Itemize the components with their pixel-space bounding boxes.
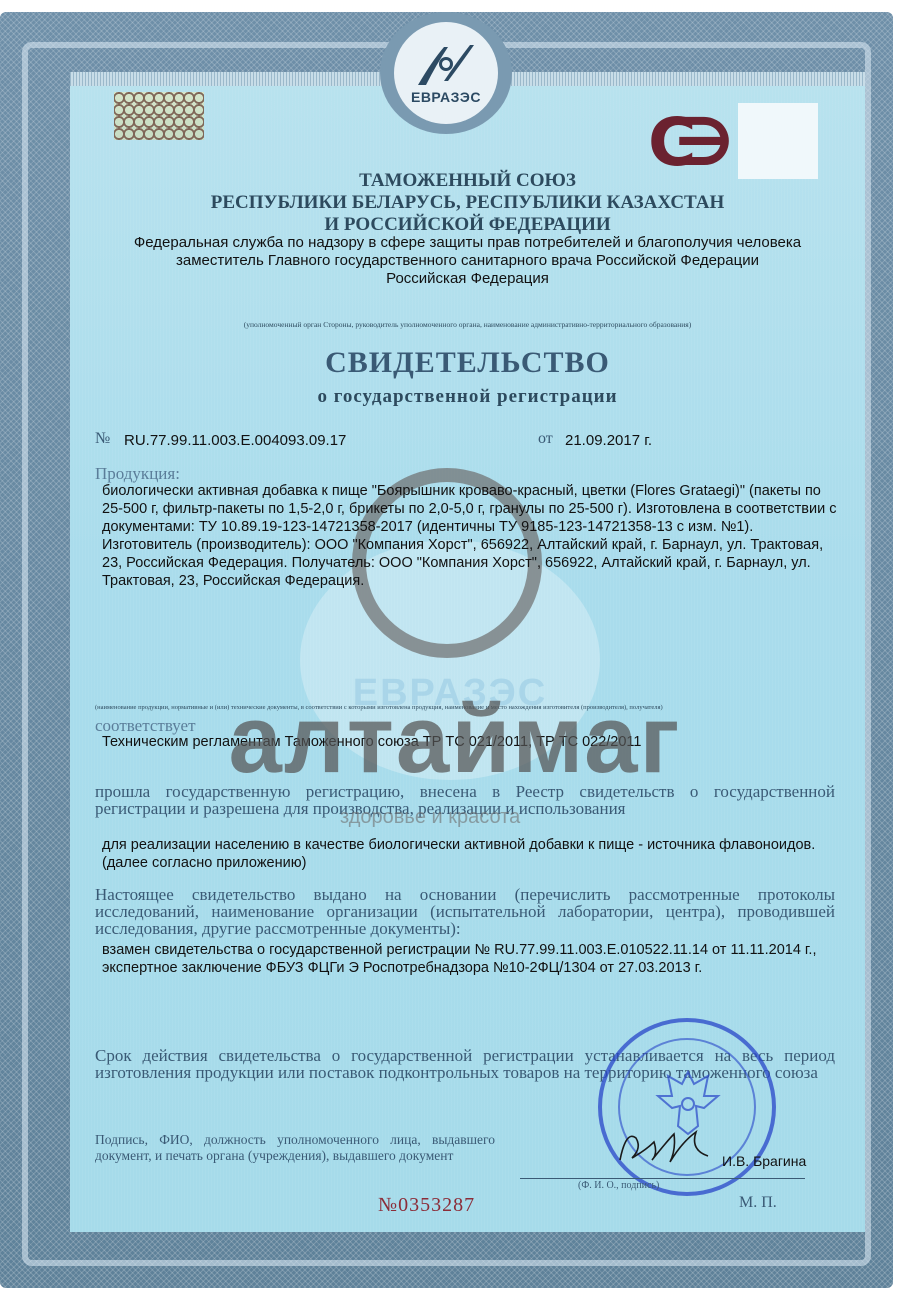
watermark-altaimag: алтаймаг (195, 692, 715, 788)
signature-caption: (Ф. И. О., подпись) (578, 1180, 659, 1191)
registration-usage: для реализации населению в качестве биол… (102, 836, 842, 872)
hologram-sticker (114, 92, 204, 140)
se-conformity-mark-icon: С∋ (648, 110, 712, 176)
union-line: ТАМОЖЕННЫЙ СОЮЗ (70, 170, 865, 192)
document-subtitle: о государственной регистрации (70, 386, 865, 408)
document-title: СВИДЕТЕЛЬСТВО (70, 346, 865, 380)
union-line: РЕСПУБЛИКИ БЕЛАРУСЬ, РЕСПУБЛИКИ КАЗАХСТА… (70, 192, 865, 214)
seal-label: М. П. (739, 1194, 777, 1212)
evrazes-logo-icon (414, 41, 478, 87)
evrazes-emblem: ЕВРАЗЭС (380, 12, 512, 134)
se-blank-box (738, 103, 818, 179)
serial-number: №0353287 (378, 1194, 475, 1217)
basis-text: взамен свидетельства о государственной р… (102, 941, 842, 977)
signature-label: Подпись, ФИО, должность уполномоченного … (95, 1132, 495, 1164)
agency-line: заместитель Главного государственного са… (70, 252, 865, 270)
number-label: № (95, 430, 110, 448)
product-description: биологически активная добавка к пище "Бо… (102, 482, 842, 590)
signature-icon (612, 1120, 722, 1170)
product-heading: Продукция: (95, 464, 180, 484)
agency-line: Федеральная служба по надзору в сфере за… (70, 234, 865, 252)
date-label: от (538, 430, 553, 448)
certificate-date: 21.09.2017 г. (565, 432, 652, 449)
agency-line: Российская Федерация (70, 270, 865, 288)
certificate-number: RU.77.99.11.003.Е.004093.09.17 (124, 432, 346, 449)
agency-caption: (уполномоченный орган Стороны, руководит… (70, 320, 865, 329)
signer-name: И.В. Брагина (722, 1153, 806, 1169)
watermark-slogan: здоровье и красота (340, 806, 520, 829)
basis-statement: Настоящее свидетельство выдано на основа… (95, 886, 835, 937)
signature-line (520, 1178, 805, 1179)
agency-block: Федеральная служба по надзору в сфере за… (70, 234, 865, 288)
union-heading: ТАМОЖЕННЫЙ СОЮЗ РЕСПУБЛИКИ БЕЛАРУСЬ, РЕС… (70, 170, 865, 236)
union-line: И РОССИЙСКОЙ ФЕДЕРАЦИИ (70, 214, 865, 236)
emblem-label: ЕВРАЗЭС (411, 89, 481, 105)
